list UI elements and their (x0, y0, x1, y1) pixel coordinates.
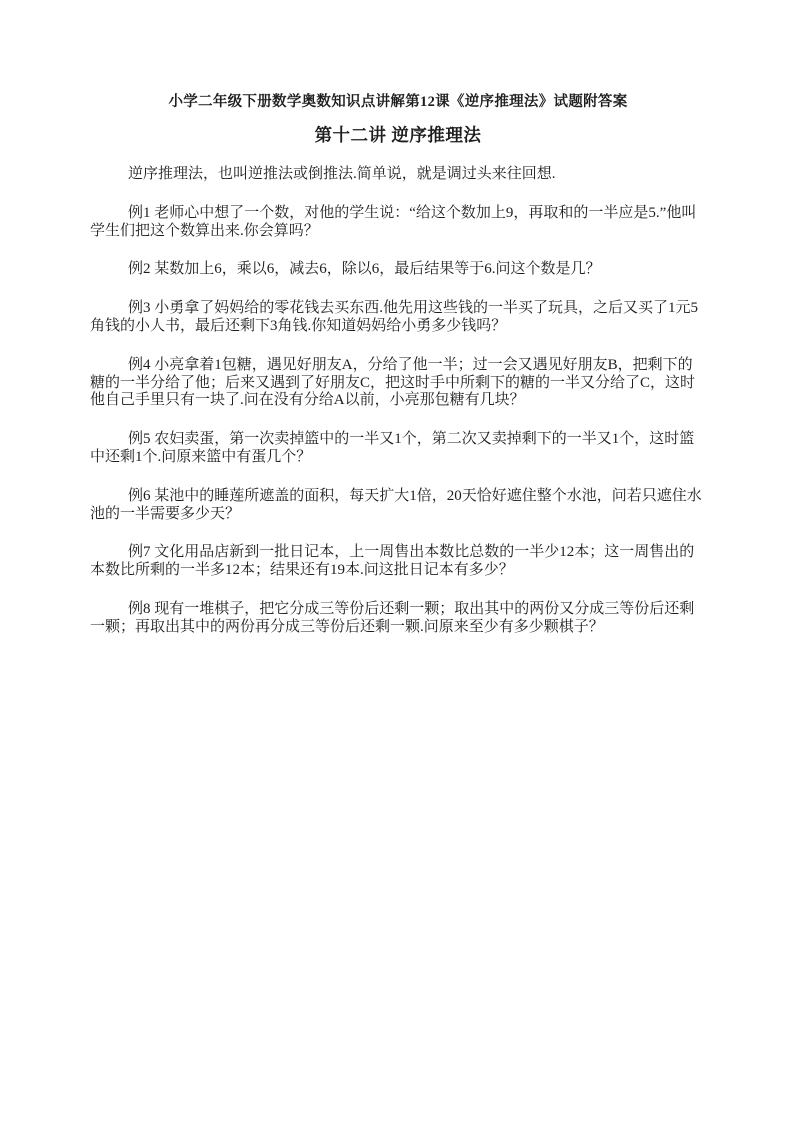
example-6-paragraph: 例6 某池中的睡莲所遮盖的面积，每天扩大1倍，20天恰好遮住整个水池，问若只遮住… (90, 488, 706, 524)
document-page: 小学二年级下册数学奥数知识点讲解第12课《逆序推理法》试题附答案 第十二讲 逆序… (0, 0, 793, 1122)
lesson-heading: 第十二讲 逆序推理法 (90, 124, 706, 146)
example-5-paragraph: 例5 农妇卖蛋，第一次卖掉篮中的一半又1个，第二次又卖掉剩下的一半又1个，这时篮… (90, 431, 706, 467)
example-2-paragraph: 例2 某数加上6，乘以6，减去6，除以6，最后结果等于6.问这个数是几？ (90, 261, 706, 279)
example-7-paragraph: 例7 文化用品店新到一批日记本，上一周售出本数比总数的一半少12本；这一周售出的… (90, 544, 706, 580)
example-3-paragraph: 例3 小勇拿了妈妈给的零花钱去买东西.他先用这些钱的一半买了玩具，之后又买了1元… (90, 300, 706, 336)
intro-paragraph: 逆序推理法，也叫逆推法或倒推法.简单说，就是调过头来往回想. (90, 166, 706, 184)
document-title: 小学二年级下册数学奥数知识点讲解第12课《逆序推理法》试题附答案 (90, 93, 706, 111)
example-4-paragraph: 例4 小亮拿着1包糖，遇见好朋友A，分给了他一半；过一会又遇见好朋友B，把剩下的… (90, 357, 706, 410)
example-8-paragraph: 例8 现有一堆棋子，把它分成三等份后还剩一颗；取出其中的两份又分成三等份后还剩一… (90, 601, 706, 637)
example-1-paragraph: 例1 老师心中想了一个数，对他的学生说：“给这个数加上9，再取和的一半应是5.”… (90, 205, 706, 241)
